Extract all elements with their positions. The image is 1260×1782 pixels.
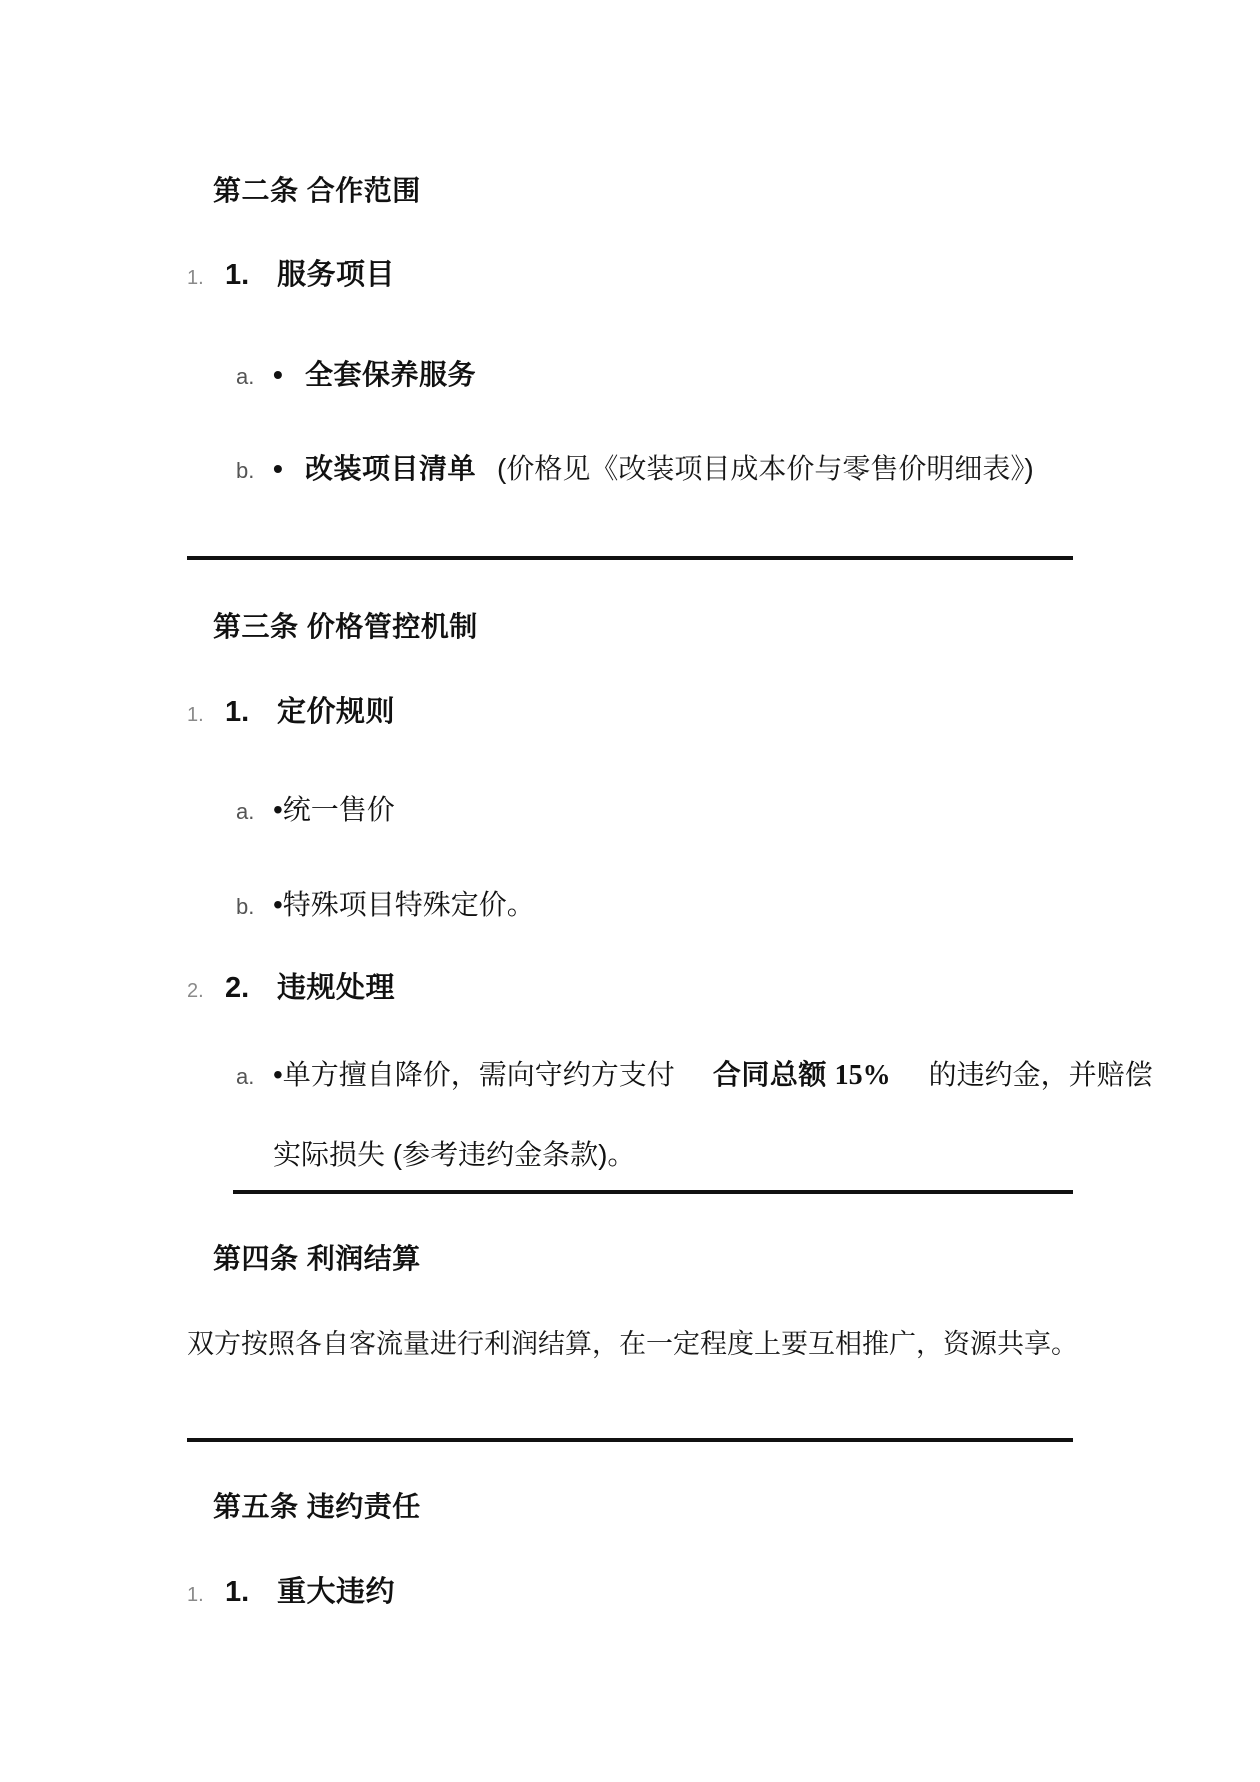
list-number: 1.: [225, 697, 277, 729]
penalty-base-label: 合同总额: [713, 1059, 827, 1090]
document-page: 第二条 合作范围 1.1.服务项目 a.•全套保养服务 b.•改装项目清单(价格…: [0, 0, 1260, 1782]
article-4-heading: 第四条 利润结算: [213, 1244, 421, 1275]
penalty-percentage: 15%: [835, 1060, 891, 1091]
list-item-text: •统一售价: [273, 794, 395, 825]
list-item-title: 定价规则: [277, 696, 395, 728]
list-item-text: 改装项目清单: [305, 453, 476, 484]
list-item-pricing-rules: 1.1.定价规则: [187, 697, 395, 729]
article-3-heading: 第三条 价格管控机制: [213, 612, 478, 643]
list-number: 1.: [225, 1577, 277, 1609]
section-divider: [187, 556, 1073, 560]
penalty-text-lead: •单方擅自降价，需向守约方支付: [273, 1059, 675, 1090]
list-marker: 2.: [187, 980, 225, 1002]
list-item-penalty: a.•单方擅自降价，需向守约方支付合同总额 15%的违约金，并赔偿: [236, 1059, 1153, 1092]
list-item-service-items: 1.1.服务项目: [187, 260, 395, 292]
list-number: 2.: [225, 973, 277, 1005]
list-marker: 1.: [187, 1584, 225, 1606]
list-item-maintenance: a.•全套保养服务: [236, 359, 476, 391]
list-item-text: 全套保养服务: [305, 359, 476, 390]
list-item-violation-handling: 2.2.违规处理: [187, 973, 395, 1005]
list-marker: b.: [236, 458, 273, 483]
section-divider: [187, 1438, 1073, 1442]
list-item-title: 服务项目: [277, 259, 395, 291]
penalty-text-continuation: 实际损失 (参考违约金条款)。: [273, 1139, 635, 1171]
list-item-text: •特殊项目特殊定价。: [273, 889, 535, 920]
list-marker: a.: [236, 799, 273, 824]
article-2-heading: 第二条 合作范围: [213, 176, 421, 207]
article-5-heading: 第五条 违约责任: [213, 1492, 421, 1523]
list-item-unified-price: a.•统一售价: [236, 794, 395, 826]
list-number: 1.: [225, 260, 277, 292]
list-marker: 1.: [187, 704, 225, 726]
section-divider: [233, 1190, 1073, 1194]
penalty-text-tail: 的违约金，并赔偿: [929, 1059, 1153, 1090]
list-marker: a.: [236, 364, 273, 389]
bullet-icon: •: [273, 453, 305, 485]
bullet-icon: •: [273, 359, 305, 391]
list-item-title: 违规处理: [277, 972, 395, 1004]
list-item-special-price: b.•特殊项目特殊定价。: [236, 889, 535, 921]
list-item-modification: b.•改装项目清单(价格见《改装项目成本价与零售价明细表》): [236, 453, 1034, 485]
list-item-title: 重大违约: [277, 1576, 395, 1608]
list-item-note: (价格见《改装项目成本价与零售价明细表》): [497, 453, 1034, 484]
list-item-major-breach: 1.1.重大违约: [187, 1577, 395, 1609]
list-marker: b.: [236, 894, 273, 919]
list-marker: 1.: [187, 267, 225, 289]
profit-settlement-paragraph: 双方按照各自客流量进行利润结算，在一定程度上要互相推广，资源共享。: [187, 1328, 1078, 1360]
list-marker: a.: [236, 1064, 273, 1089]
